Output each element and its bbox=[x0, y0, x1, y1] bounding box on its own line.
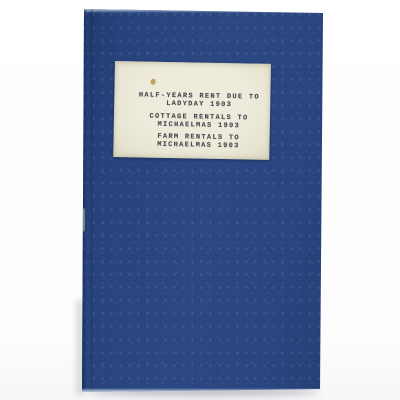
book-fore-edge bbox=[321, 8, 325, 394]
photo-background: HALF-YEARS RENT DUE TO LADYDAY 1903 COTT… bbox=[0, 0, 400, 400]
label-stain bbox=[151, 79, 156, 85]
ledger-book-cover: HALF-YEARS RENT DUE TO LADYDAY 1903 COTT… bbox=[80, 8, 325, 394]
label-entry-halfyears: HALF-YEARS RENT DUE TO LADYDAY 1903 bbox=[130, 91, 268, 110]
label-line: MICHAELMAS 1903 bbox=[129, 141, 267, 152]
label-entry-farm: FARM RENTALS TO MICHAELMAS 1903 bbox=[129, 132, 267, 151]
book-top-edge-highlight bbox=[80, 8, 325, 13]
label-text-block: HALF-YEARS RENT DUE TO LADYDAY 1903 COTT… bbox=[129, 91, 268, 155]
title-label: HALF-YEARS RENT DUE TO LADYDAY 1903 COTT… bbox=[113, 61, 271, 160]
spine-wear-mark bbox=[80, 208, 85, 232]
label-entry-cottage: COTTAGE RENTALS TO MICHAELMAS 1903 bbox=[130, 112, 268, 131]
book-hinge-groove bbox=[90, 8, 94, 394]
